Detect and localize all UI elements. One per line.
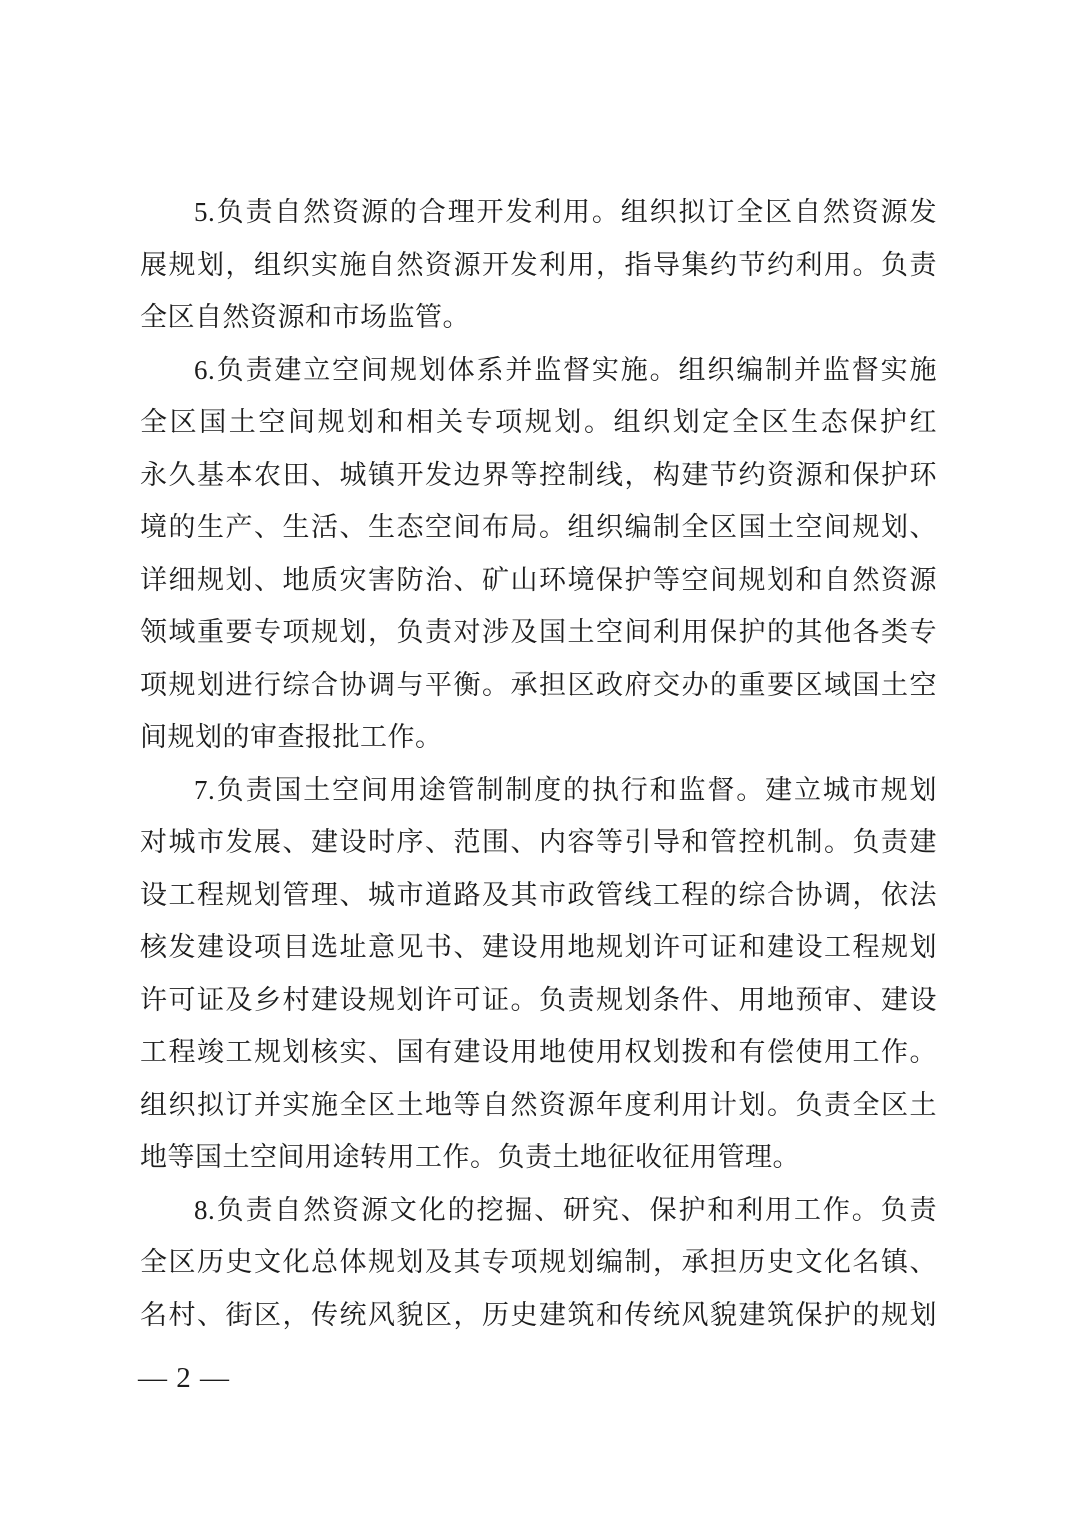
paragraph-item-5: 5.负责自然资源的合理开发利用。组织拟订全区自然资源发展规划，组织实施自然资源开… [140, 186, 937, 344]
text-line: 8.负责自然资源文化的挖掘、研究、保护和利用工作。负责 [140, 1184, 937, 1237]
text-line: 5.负责自然资源的合理开发利用。组织拟订全区自然资源发 [140, 186, 937, 239]
text-line: 全区自然资源和市场监管。 [140, 291, 937, 344]
text-line: 对城市发展、建设时序、范围、内容等引导和管控机制。负责建 [140, 816, 937, 869]
text-line: 地等国土空间用途转用工作。负责土地征收征用管理。 [140, 1131, 937, 1184]
text-line: 详细规划、地质灾害防治、矿山环境保护等空间规划和自然资源 [140, 554, 937, 607]
text-line: 名村、街区，传统风貌区，历史建筑和传统风貌建筑保护的规划 [140, 1289, 937, 1342]
text-line: 项规划进行综合协调与平衡。承担区政府交办的重要区域国土空 [140, 659, 937, 712]
paragraph-item-6: 6.负责建立空间规划体系并监督实施。组织编制并监督实施全区国土空间规划和相关专项… [140, 344, 937, 764]
text-line: 工程竣工规划核实、国有建设用地使用权划拨和有偿使用工作。 [140, 1026, 937, 1079]
text-line: 全区历史文化总体规划及其专项规划编制，承担历史文化名镇、 [140, 1236, 937, 1289]
text-line: 间规划的审查报批工作。 [140, 711, 937, 764]
text-line: 永久基本农田、城镇开发边界等控制线，构建节约资源和保护环 [140, 449, 937, 502]
text-line: 组织拟订并实施全区土地等自然资源年度利用计划。负责全区土 [140, 1079, 937, 1132]
text-line: 境的生产、生活、生态空间布局。组织编制全区国土空间规划、 [140, 501, 937, 554]
text-line: 展规划，组织实施自然资源开发利用，指导集约节约利用。负责 [140, 239, 937, 292]
text-line: 6.负责建立空间规划体系并监督实施。组织编制并监督实施 [140, 344, 937, 397]
text-line: 7.负责国土空间用途管制制度的执行和监督。建立城市规划 [140, 764, 937, 817]
paragraph-item-8: 8.负责自然资源文化的挖掘、研究、保护和利用工作。负责全区历史文化总体规划及其专… [140, 1184, 937, 1342]
page-number: — 2 — [138, 1352, 230, 1405]
document-page: 5.负责自然资源的合理开发利用。组织拟订全区自然资源发展规划，组织实施自然资源开… [0, 0, 1075, 1520]
text-line: 许可证及乡村建设规划许可证。负责规划条件、用地预审、建设 [140, 974, 937, 1027]
document-body: 5.负责自然资源的合理开发利用。组织拟订全区自然资源发展规划，组织实施自然资源开… [140, 186, 937, 1341]
text-line: 全区国土空间规划和相关专项规划。组织划定全区生态保护红线、 [140, 396, 937, 449]
paragraph-item-7: 7.负责国土空间用途管制制度的执行和监督。建立城市规划对城市发展、建设时序、范围… [140, 764, 937, 1184]
text-line: 领域重要专项规划，负责对涉及国土空间利用保护的其他各类专 [140, 606, 937, 659]
text-line: 核发建设项目选址意见书、建设用地规划许可证和建设工程规划 [140, 921, 937, 974]
text-line: 设工程规划管理、城市道路及其市政管线工程的综合协调，依法 [140, 869, 937, 922]
